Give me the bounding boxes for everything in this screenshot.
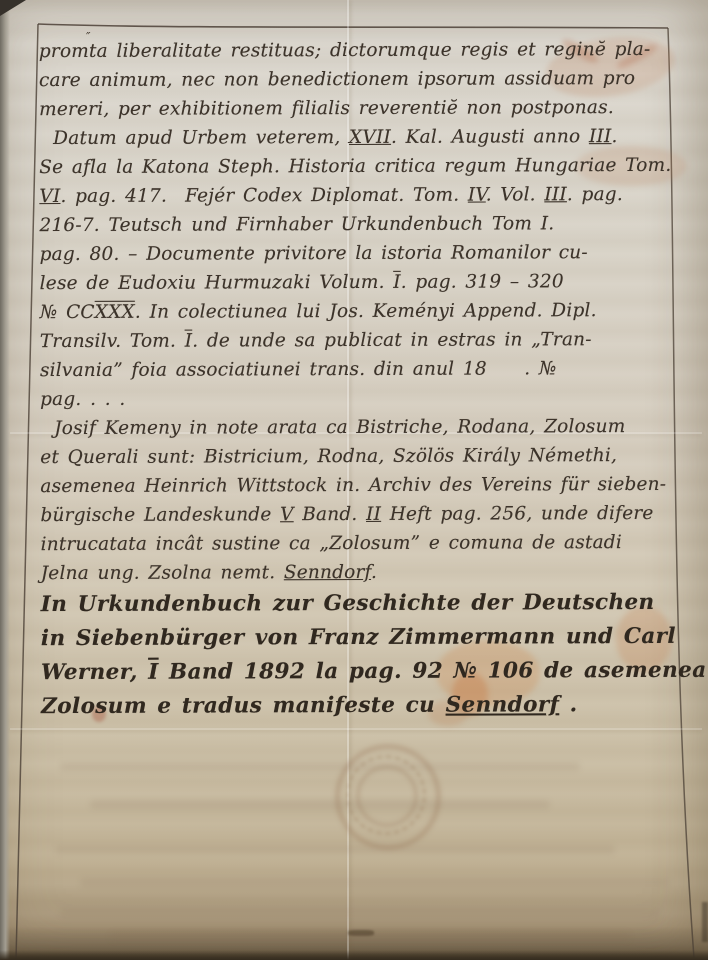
manuscript-line-12: silvania” foia associatiunei trans. din …	[40, 354, 668, 385]
manuscript-line-19: Jelna ung. Zsolna nemt. Senndorf.	[41, 557, 669, 588]
show-through-streak	[80, 878, 670, 887]
manuscript-text-block: promta liberalitate restituas; dictorumq…	[39, 35, 669, 724]
manuscript-line-11: Transilv. Tom. I. de unde sa publicat in…	[40, 325, 668, 356]
manuscript-line-20: In Urkundenbuch zur Geschichte der Deuts…	[41, 586, 669, 622]
manuscript-line-21: in Siebenbürger von Franz Zimmermann und…	[41, 620, 669, 656]
manuscript-line-22: Werner, I Band 1892 la pag. 92 № 106 de …	[41, 654, 669, 690]
manuscript-line-1: promta liberalitate restituas; dictorumq…	[39, 35, 667, 66]
show-through-streak	[60, 908, 660, 917]
horizontal-fold-crease	[10, 728, 702, 730]
photo-bottom-edge-shadow	[0, 950, 708, 960]
show-through-streak	[90, 800, 550, 809]
show-through-streak	[110, 932, 630, 941]
embossed-seal-inner-ring	[356, 765, 418, 827]
manuscript-line-8: pag. 80. – Documente privitore la istori…	[40, 238, 668, 269]
manuscript-line-9: lese de Eudoxiu Hurmuzaki Volum. I. pag.…	[40, 267, 668, 298]
manuscript-line-13: pag. . . .	[40, 383, 668, 414]
insertion-mark: ″	[86, 30, 90, 44]
manuscript-line-4: Datum apud Urbem veterem, XVII. Kal. Aug…	[39, 122, 667, 153]
manuscript-line-7: 216-7. Teutsch und Firnhaber Urkundenbuc…	[39, 209, 667, 240]
manuscript-line-10: № CCXXX. In colectiunea lui Jos. Keményi…	[40, 296, 668, 327]
manuscript-photo: promta liberalitate restituas; dictorumq…	[0, 0, 708, 960]
manuscript-line-15: et Querali sunt: Bistricium, Rodna, Szöl…	[40, 441, 668, 472]
manuscript-line-3: mereri, per exhibitionem filialis revere…	[39, 93, 667, 124]
show-through-streak	[60, 762, 580, 771]
photo-left-edge-shadow	[0, 0, 10, 960]
manuscript-line-2: care animum, nec non benedictionem ipsor…	[39, 64, 667, 95]
show-through-streak	[55, 845, 615, 854]
manuscript-line-6: VI. pag. 417. Fejér Codex Diplomat. Tom.…	[39, 180, 667, 211]
manuscript-line-16: asemenea Heinrich Wittstock in. Archiv d…	[40, 470, 668, 501]
manuscript-line-14: Josif Kemeny in note arata ca Bistriche,…	[40, 412, 668, 443]
manuscript-line-5: Se afla la Katona Steph. Historia critic…	[39, 151, 667, 182]
manuscript-line-17: bürgische Landeskunde V Band. II Heft pa…	[40, 499, 668, 530]
manuscript-line-23: Zolosum e tradus manifeste cu Senndorf .	[41, 688, 669, 724]
manuscript-line-18: intrucatata incât sustine ca „Zolosum” e…	[41, 528, 669, 559]
photo-bottom-right-shadow	[702, 902, 708, 942]
